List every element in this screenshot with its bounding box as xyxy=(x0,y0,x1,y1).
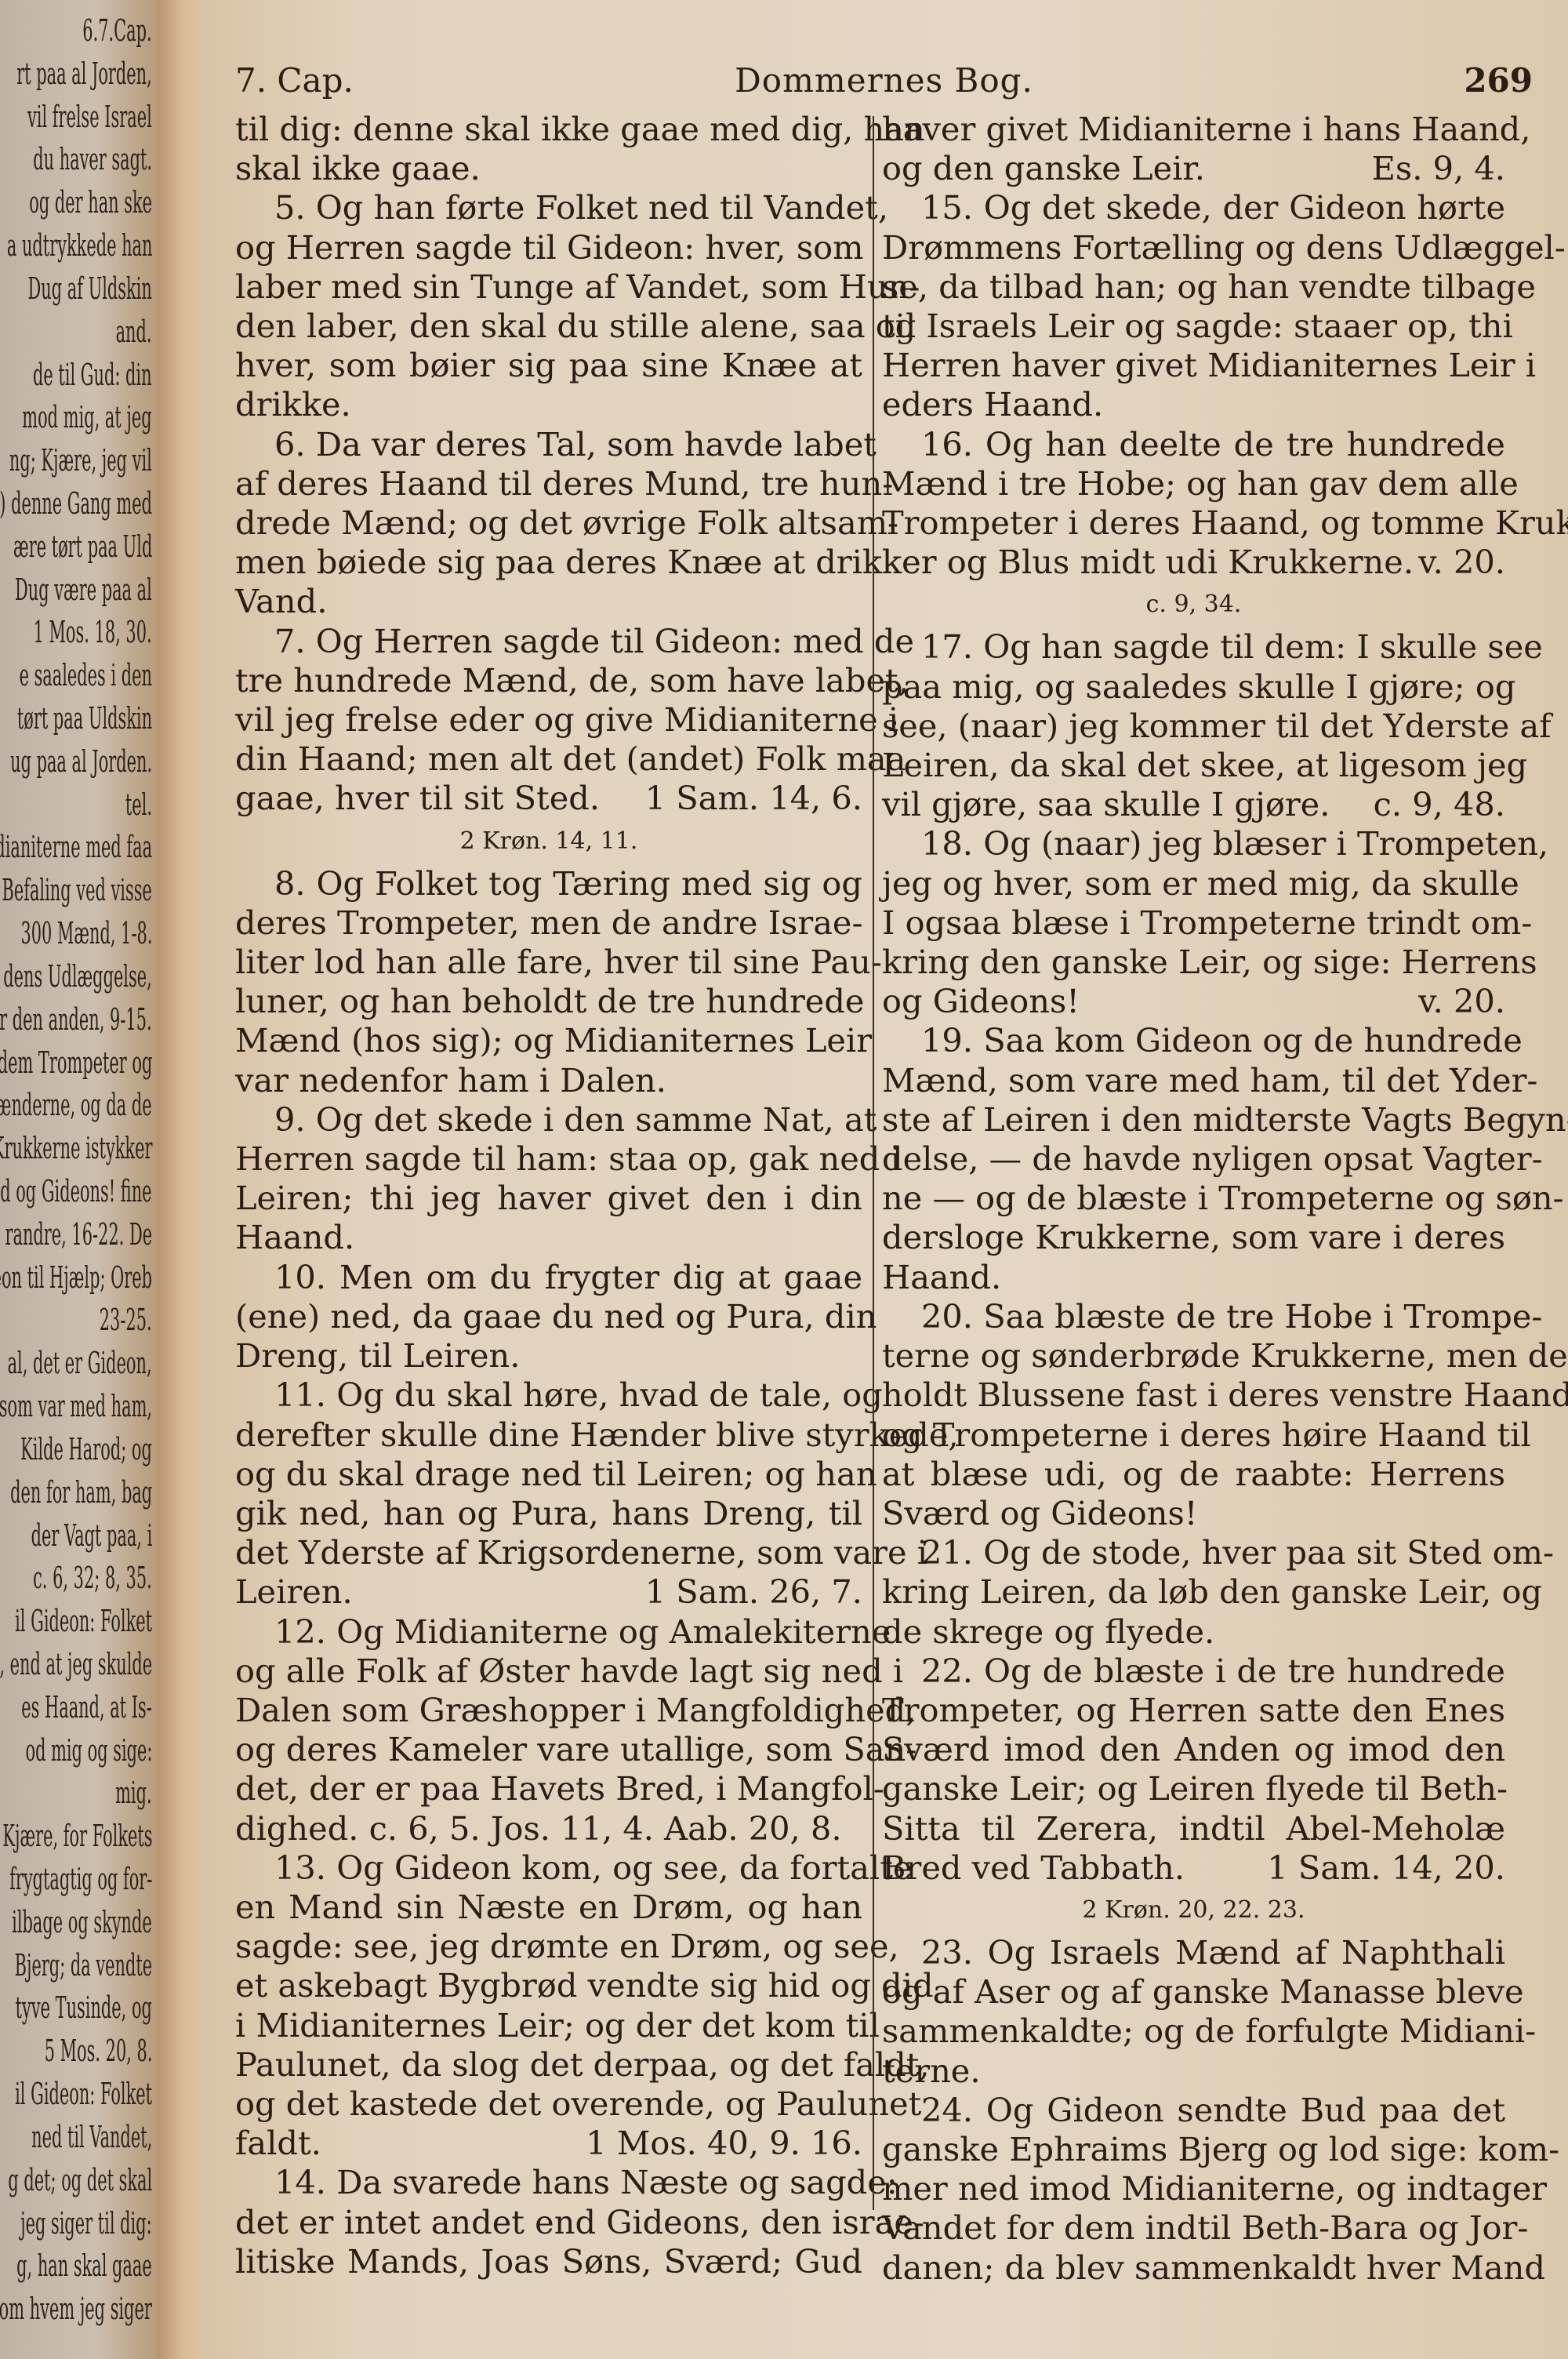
text-line: i Midianiternes Leir; og der det kom til xyxy=(235,2006,862,2045)
line-text: 24. Og Gideon sendte Bud paa det xyxy=(921,2091,1505,2129)
text-line: litiske Mands, Joas Søns, Sværd; Gud xyxy=(235,2242,862,2281)
text-line: Haand. xyxy=(882,1258,1505,1297)
line-text: Haand. xyxy=(882,1258,1001,1296)
line-text: de skrege og flyede. xyxy=(882,1612,1214,1651)
line-text: det er intet andet end Gideons, den isra… xyxy=(235,2203,924,2241)
line-text: vil jeg frelse eder og give Midianiterne… xyxy=(235,700,898,739)
scripture-reference: c. 9, 48. xyxy=(1374,785,1505,824)
previous-page-text-fragment: og dens Udlæggelse, xyxy=(0,961,152,991)
previous-page-text-fragment: tørt paa Uldskin xyxy=(17,703,152,733)
text-line: og den ganske Leir.Es. 9, 4. xyxy=(882,149,1505,188)
text-line: 10. Men om du frygter dig at gaae xyxy=(235,1258,862,1297)
previous-page-text-fragment: ned til Vandet, xyxy=(31,2122,152,2152)
line-text: ste af Leiren i den midterste Vagts Begy… xyxy=(882,1100,1568,1139)
line-text: dighed. c. 6, 5. Jos. 11, 4. Aab. 20, 8. xyxy=(235,1809,842,1848)
previous-page-text-fragment: g det; og det skal xyxy=(8,2165,152,2195)
scripture-reference: 1 Mos. 40, 9. 16. xyxy=(586,2124,862,2163)
line-text: 19. Saa kom Gideon og de hundrede xyxy=(921,1021,1523,1060)
scripture-reference: 1 Sam. 14, 20. xyxy=(1267,1848,1505,1888)
previous-page-text-fragment: e saaledes i den xyxy=(20,660,152,690)
text-line: gik ned, han og Pura, hans Dreng, til xyxy=(235,1494,862,1533)
text-line: 14. Da svarede hans Næste og sagde: xyxy=(235,2163,862,2202)
text-line: til Israels Leir og sagde: staaer op, th… xyxy=(882,307,1505,346)
line-text: Sværd imod den Anden og imod den xyxy=(882,1730,1505,1768)
text-line: Trompeter i deres Haand, og tomme Kruk- xyxy=(882,503,1505,543)
line-text: luner, og han beholdt de tre hundrede xyxy=(235,982,864,1020)
line-text: Leiren. xyxy=(235,1572,353,1611)
line-text: ganske Leir; og Leiren flyede til Beth- xyxy=(882,1769,1508,1808)
previous-page-text-fragment: deon til Hjælp; Oreb xyxy=(0,1263,152,1292)
text-line: mer ned imod Midianiterne, og indtager xyxy=(882,2169,1505,2208)
previous-page-text-fragment: rt paa al Jorden, xyxy=(16,59,152,89)
previous-page-text-fragment: om hvem jeg siger xyxy=(0,2294,152,2324)
text-line: vil jeg frelse eder og give Midianiterne… xyxy=(235,700,862,740)
text-line: 19. Saa kom Gideon og de hundrede xyxy=(882,1021,1505,1060)
line-text: og alle Folk af Øster havde lagt sig ned… xyxy=(235,1652,903,1690)
cross-reference: c. 9, 34. xyxy=(882,582,1505,627)
text-line: de skrege og flyede. xyxy=(882,1612,1505,1652)
line-text: Bred ved Tabbath. xyxy=(882,1848,1185,1887)
text-line: 11. Og du skal høre, hvad de tale, og xyxy=(235,1376,862,1415)
text-line: det, der er paa Havets Bred, i Mangfol- xyxy=(235,1769,862,1808)
line-text: derefter skulle dine Hænder blive styrke… xyxy=(235,1416,959,1454)
text-line: Dalen som Græshopper i Mangfoldighed, xyxy=(235,1691,862,1730)
line-text: af deres Haand til deres Mund, tre hun- xyxy=(235,464,893,503)
text-line: luner, og han beholdt de tre hundrede xyxy=(235,982,862,1021)
previous-page-text-fragment: Kilde Harod; og xyxy=(20,1434,152,1464)
previous-page-text-fragment: 6.7.Cap. xyxy=(83,16,152,45)
text-line: terne og sønderbrøde Krukkerne, men de xyxy=(882,1336,1505,1376)
text-line: (ene) ned, da gaae du ned og Pura, din xyxy=(235,1297,862,1336)
line-text: var nedenfor ham i Dalen. xyxy=(235,1061,666,1100)
line-text: det Yderste af Krigsordenerne, som vare … xyxy=(235,1533,927,1572)
line-text: og det kastede det overende, og Paulunet xyxy=(235,2085,921,2123)
line-text: til Israels Leir og sagde: staaer op, th… xyxy=(882,307,1513,345)
line-text: og Gideons! xyxy=(882,982,1080,1020)
previous-page-text-fragment: and. xyxy=(116,317,152,347)
line-text: kring Leiren, da løb den ganske Leir, og xyxy=(882,1572,1542,1611)
previous-page-text-fragment: vil frelse Israel xyxy=(27,102,152,132)
line-text: deres Trompeter, men de andre Israe- xyxy=(235,903,863,942)
line-text: gaae, hver til sit Sted. xyxy=(235,779,600,817)
running-head: 7. Cap. Dommernes Bog. 269 xyxy=(235,61,1533,108)
line-text: 14. Da svarede hans Næste og sagde: xyxy=(274,2163,898,2201)
text-line: derefter skulle dine Hænder blive styrke… xyxy=(235,1416,862,1455)
line-text: holdt Blussene fast i deres venstre Haan… xyxy=(882,1376,1568,1414)
text-line: at blæse udi, og de raabte: Herrens xyxy=(882,1455,1505,1494)
line-text: hver, som bøier sig paa sine Knæe at xyxy=(235,346,862,384)
text-line: den laber, den skal du stille alene, saa… xyxy=(235,307,862,346)
text-line: 20. Saa blæste de tre Hobe i Trompe- xyxy=(882,1297,1505,1336)
text-line: haver givet Midianiterne i hans Haand, xyxy=(882,110,1505,149)
line-text: et askebagt Bygbrød vendte sig hid og di… xyxy=(235,1966,934,2005)
line-text: 20. Saa blæste de tre Hobe i Trompe- xyxy=(921,1297,1542,1336)
text-line: 7. Og Herren sagde til Gideon: med de xyxy=(235,622,862,661)
previous-page-text-fragment: il Gideon: Folket xyxy=(15,2079,152,2109)
line-text: drede Mænd; og det øvrige Folk altsam- xyxy=(235,503,898,542)
line-text: 18. Og (naar) jeg blæser i Trompeten, xyxy=(921,824,1548,863)
previous-page-text-fragment: Kjære, for Folkets xyxy=(2,1821,152,1851)
line-text: laber med sin Tunge af Vandet, som Hun- xyxy=(235,267,920,306)
previous-page-text-fragment: a udtrykkede han xyxy=(6,231,152,260)
previous-page-text-fragment: der Vagt paa, i xyxy=(31,1521,152,1550)
text-line: Sværd imod den Anden og imod den xyxy=(882,1730,1505,1769)
text-line: Sitta til Zerera, indtil Abel-Meholæ xyxy=(882,1809,1505,1848)
line-text: (ene) ned, da gaae du ned og Pura, din xyxy=(235,1297,877,1336)
text-line: liter lod han alle fare, hver til sine P… xyxy=(235,943,862,982)
line-text: Haand. xyxy=(235,1218,354,1256)
previous-page-edge: 6.7.Cap.rt paa al Jorden,vil frelse Isra… xyxy=(0,0,157,2359)
previous-page-text-fragment: den for ham, bag xyxy=(10,1478,152,1507)
line-text: 12. Og Midianiterne og Amalekiterne xyxy=(274,1612,891,1651)
line-text: i Midianiternes Leir; og der det kom til xyxy=(235,2006,880,2045)
previous-page-text-fragment: du haver sagt. xyxy=(33,144,152,174)
line-text: og deres Kameler vare utallige, som San- xyxy=(235,1730,916,1768)
previous-page-text-fragment: dem Trompeter og xyxy=(0,1048,152,1078)
line-text: og Herren sagde til Gideon: hver, som xyxy=(235,228,863,267)
line-text: sammenkaldte; og de forfulgte Midiani- xyxy=(882,2012,1536,2050)
line-text: til dig: denne skal ikke gaae med dig, h… xyxy=(235,110,925,148)
text-line: I ogsaa blæse i Trompeterne trindt om- xyxy=(882,903,1505,943)
text-line: din Haand; men alt det (andet) Folk maa xyxy=(235,740,862,779)
text-line: 22. Og de blæste i de tre hundrede xyxy=(882,1652,1505,1691)
previous-page-text-fragment: jeg siger til dig: xyxy=(20,2208,152,2238)
text-line: var nedenfor ham i Dalen. xyxy=(235,1061,862,1100)
text-line: ganske Leir; og Leiren flyede til Beth- xyxy=(882,1769,1505,1808)
line-text: mer ned imod Midianiterne, og indtager xyxy=(882,2169,1547,2208)
text-line: Leiren, da skal det skee, at ligesom jeg xyxy=(882,746,1505,785)
previous-page-text-fragment: 1 Mos. 18, 30. xyxy=(34,617,152,647)
text-line: 6. Da var deres Tal, som havde labet xyxy=(235,425,862,464)
line-text: ne — og de blæste i Trompeterne og søn- xyxy=(882,1179,1564,1217)
line-text: og den ganske Leir. xyxy=(882,149,1205,187)
text-line: ne — og de blæste i Trompeterne og søn- xyxy=(882,1179,1505,1218)
line-text: drikke. xyxy=(235,385,351,423)
text-line: 9. Og det skede i den samme Nat, at xyxy=(235,1100,862,1140)
line-text: Leiren; thi jeg haver givet den i din xyxy=(235,1179,862,1217)
previous-page-text-fragment: og der han ske xyxy=(29,187,152,217)
previous-page-text-fragment: mod mig, at jeg xyxy=(23,402,152,432)
line-text: og du skal drage ned til Leiren; og han xyxy=(235,1455,877,1493)
previous-page-text-fragment: ) denne Gang med xyxy=(0,489,152,518)
scripture-reference: v. 20. xyxy=(1418,982,1505,1021)
text-line: see, (naar) jeg kommer til det Yderste a… xyxy=(882,707,1505,746)
previous-page-text-fragment: ære tørt paa Uld xyxy=(13,532,152,562)
text-line: 13. Og Gideon kom, og see, da fortalte xyxy=(235,1848,862,1888)
text-line: Mænd i tre Hobe; og han gav dem alle xyxy=(882,464,1505,503)
previous-page-text-fragment: d og Gideons! fine xyxy=(1,1176,152,1206)
text-line: og du skal drage ned til Leiren; og han xyxy=(235,1455,862,1494)
line-text: gik ned, han og Pura, hans Dreng, til xyxy=(235,1494,862,1532)
line-text: danen; da blev sammenkaldt hver Mand xyxy=(882,2248,1545,2287)
previous-page-text-fragment: ng; Kjære, jeg vil xyxy=(9,445,152,475)
text-line: tre hundrede Mænd, de, som have labet, xyxy=(235,661,862,700)
line-text: jeg og hver, som er med mig, da skulle xyxy=(882,864,1519,903)
previous-page-text-fragment: tel. xyxy=(125,790,152,820)
text-line: ste af Leiren i den midterste Vagts Begy… xyxy=(882,1100,1505,1140)
text-line: hver, som bøier sig paa sine Knæe at xyxy=(235,346,862,385)
previous-page-text-fragment: ug paa al Jorden. xyxy=(10,747,152,776)
text-line: og af Aser og af ganske Manasse bleve xyxy=(882,1972,1505,2012)
line-text: og af Aser og af ganske Manasse bleve xyxy=(882,1972,1524,2011)
previous-page-text-fragment: Befaling ved visse xyxy=(2,875,152,905)
text-line: 16. Og han deelte de tre hundrede xyxy=(882,425,1505,464)
text-line: deres Trompeter, men de andre Israe- xyxy=(235,903,862,943)
text-line: 23. Og Israels Mænd af Naphthali xyxy=(882,1933,1505,1972)
scripture-reference: 1 Sam. 14, 6. xyxy=(645,779,862,818)
previous-page-text-fragment: od mig og sige: xyxy=(25,1736,152,1765)
text-line: se, da tilbad han; og han vendte tilbage xyxy=(882,267,1505,307)
text-line: drikke. xyxy=(235,385,862,424)
previous-page-text-fragment: 5 Mos. 20, 8. xyxy=(44,2036,152,2066)
line-text: at blæse udi, og de raabte: Herrens xyxy=(882,1455,1505,1493)
line-text: kring den ganske Leir, og sige: Herrens xyxy=(882,943,1537,981)
text-line: kring den ganske Leir, og sige: Herrens xyxy=(882,943,1505,982)
line-text: 11. Og du skal høre, hvad de tale, og xyxy=(274,1376,883,1414)
text-line: Drømmens Fortælling og dens Udlæggel- xyxy=(882,228,1505,267)
text-line: det Yderste af Krigsordenerne, som vare … xyxy=(235,1533,862,1572)
scripture-reference: v. 20. xyxy=(1418,543,1505,582)
line-text: 23. Og Israels Mænd af Naphthali xyxy=(921,1933,1505,1972)
text-line: Vand. xyxy=(235,582,862,621)
text-line: og deres Kameler vare utallige, som San- xyxy=(235,1730,862,1769)
book-gutter xyxy=(157,0,204,2359)
text-line: delse, — de havde nyligen opsat Vagter- xyxy=(882,1140,1505,1179)
text-line: dersloge Krukkerne, som vare i deres xyxy=(882,1218,1505,1257)
line-text: 22. Og de blæste i de tre hundrede xyxy=(921,1652,1505,1690)
previous-page-text-fragment: c. 6, 32; 8, 35. xyxy=(33,1563,152,1593)
text-line: men bøiede sig paa deres Knæe at drikke xyxy=(235,543,862,582)
text-line: Dreng, til Leiren. xyxy=(235,1336,862,1376)
text-line: sammenkaldte; og de forfulgte Midiani- xyxy=(882,2012,1505,2051)
page-number: 269 xyxy=(1464,61,1533,100)
line-text: 5. Og han førte Folket ned til Vandet, xyxy=(274,188,888,227)
previous-page-text-fragment: , end at jeg skulde xyxy=(0,1649,152,1679)
previous-page-text-fragment: al, det er Gideon, xyxy=(8,1348,152,1378)
text-line: faldt.1 Mos. 40, 9. 16. xyxy=(235,2124,862,2163)
line-text: dersloge Krukkerne, som vare i deres xyxy=(882,1218,1505,1256)
line-text: den laber, den skal du stille alene, saa… xyxy=(235,307,916,345)
cross-reference: 2 Krøn. 14, 11. xyxy=(235,819,862,864)
previous-page-text-fragment: e Krukkerne istykker xyxy=(0,1133,152,1163)
text-line: Leiren.1 Sam. 26, 7. xyxy=(235,1572,862,1612)
text-line: terne. xyxy=(882,2052,1505,2091)
text-line: og alle Folk af Øster havde lagt sig ned… xyxy=(235,1652,862,1691)
previous-page-text-fragment: Midianiterne med faa xyxy=(0,832,152,862)
line-text: Trompeter i deres Haand, og tomme Kruk- xyxy=(882,503,1568,542)
line-text: din Haand; men alt det (andet) Folk maa xyxy=(235,740,906,778)
line-text: vil gjøre, saa skulle I gjøre. xyxy=(882,785,1330,823)
left-column: til dig: denne skal ikke gaae med dig, h… xyxy=(235,110,862,2281)
line-text: Sværd og Gideons! xyxy=(882,1494,1197,1532)
line-text: 15. Og det skede, der Gideon hørte xyxy=(921,188,1505,227)
previous-page-text-fragment: g, han skal gaae xyxy=(16,2251,152,2281)
text-line: 15. Og det skede, der Gideon hørte xyxy=(882,188,1505,227)
line-text: faldt. xyxy=(235,2124,321,2162)
line-text: skal ikke gaae. xyxy=(235,149,481,187)
text-line: Vandet for dem indtil Beth-Bara og Jor- xyxy=(882,2208,1505,2248)
book-page: 7. Cap. Dommernes Bog. 269 til dig: denn… xyxy=(200,0,1568,2359)
line-text: Sitta til Zerera, indtil Abel-Meholæ xyxy=(882,1809,1505,1848)
line-text: litiske Mands, Joas Søns, Sværd; Gud xyxy=(235,2242,862,2281)
text-line: 8. Og Folket tog Tæring med sig og xyxy=(235,864,862,903)
line-text: Vandet for dem indtil Beth-Bara og Jor- xyxy=(882,2208,1528,2247)
line-text: 13. Og Gideon kom, og see, da fortalte xyxy=(274,1848,912,1887)
text-line: Leiren; thi jeg haver givet den i din xyxy=(235,1179,862,1218)
text-line: det er intet andet end Gideons, den isra… xyxy=(235,2203,862,2242)
text-line: 18. Og (naar) jeg blæser i Trompeten, xyxy=(882,824,1505,863)
line-text: delse, — de havde nyligen opsat Vagter- xyxy=(882,1140,1543,1178)
text-line: jeg og hver, som er med mig, da skulle xyxy=(882,864,1505,903)
previous-page-text-fragment: Dug være paa al xyxy=(15,575,152,605)
line-text: og Trompeterne i deres høire Haand til xyxy=(882,1416,1531,1454)
previous-page-text-fragment: mig. xyxy=(115,1778,152,1808)
cross-reference: 2 Krøn. 20, 22. 23. xyxy=(882,1888,1505,1933)
previous-page-text-fragment: de til Gud: din xyxy=(33,360,152,390)
text-line: og det kastede det overende, og Paulunet xyxy=(235,2085,862,2124)
previous-page-text-fragment: Bjerg; da vendte xyxy=(14,1950,152,1980)
text-line: Trompeter, og Herren satte den Enes xyxy=(882,1691,1505,1730)
column-divider xyxy=(873,116,874,2210)
text-line: Mænd (hos sig); og Midianiternes Leir xyxy=(235,1021,862,1060)
text-line: af deres Haand til deres Mund, tre hun- xyxy=(235,464,862,503)
previous-page-text-fragment: ilbage og skynde xyxy=(12,1907,152,1937)
text-line: holdt Blussene fast i deres venstre Haan… xyxy=(882,1376,1505,1415)
text-line: paa mig, og saaledes skulle I gjøre; og xyxy=(882,667,1505,707)
book-title: Dommernes Bog. xyxy=(235,61,1533,100)
text-line: ker og Blus midt udi Krukkerne.v. 20. xyxy=(882,543,1505,582)
text-line: et askebagt Bygbrød vendte sig hid og di… xyxy=(235,1966,862,2005)
text-line: laber med sin Tunge af Vandet, som Hun- xyxy=(235,267,862,307)
text-line: Sværd og Gideons! xyxy=(882,1494,1505,1533)
line-text: 10. Men om du frygter dig at gaae xyxy=(274,1258,862,1296)
previous-page-text-fragment: Hænderne, og da de xyxy=(0,1090,152,1120)
right-column: haver givet Midianiterne i hans Haand,og… xyxy=(882,110,1505,2288)
line-text: 7. Og Herren sagde til Gideon: med de xyxy=(274,622,914,660)
text-line: Paulunet, da slog det derpaa, og det fal… xyxy=(235,2045,862,2085)
line-text: Trompeter, og Herren satte den Enes xyxy=(882,1691,1505,1729)
line-text: 16. Og han deelte de tre hundrede xyxy=(921,425,1505,463)
text-line: Mænd, som vare med ham, til det Yder- xyxy=(882,1061,1505,1100)
text-line: 5. Og han førte Folket ned til Vandet, xyxy=(235,188,862,227)
line-text: Dalen som Græshopper i Mangfoldighed, xyxy=(235,1691,916,1729)
text-line: en Mand sin Næste en Drøm, og han xyxy=(235,1888,862,1927)
text-line: danen; da blev sammenkaldt hver Mand xyxy=(882,2248,1505,2288)
previous-page-text-fragment: il Gideon: Folket xyxy=(15,1606,152,1636)
line-text: 17. Og han sagde til dem: I skulle see xyxy=(921,627,1543,666)
line-text: 21. Og de stode, hver paa sit Sted om- xyxy=(921,1533,1554,1572)
previous-page-text-fragment: Dug af Uldskin xyxy=(28,274,152,304)
text-line: 21. Og de stode, hver paa sit Sted om- xyxy=(882,1533,1505,1572)
text-line: til dig: denne skal ikke gaae med dig, h… xyxy=(235,110,862,149)
line-text: paa mig, og saaledes skulle I gjøre; og xyxy=(882,667,1515,706)
line-text: Mænd (hos sig); og Midianiternes Leir xyxy=(235,1021,872,1060)
line-text: terne. xyxy=(882,2052,981,2090)
line-text: men bøiede sig paa deres Knæe at drikke xyxy=(235,543,921,581)
previous-page-text-fragment: 23-25. xyxy=(100,1305,152,1335)
text-line: eders Haand. xyxy=(882,385,1505,424)
line-text: Herren sagde til ham: staa op, gak ned i xyxy=(235,1140,901,1178)
text-line: 24. Og Gideon sendte Bud paa det xyxy=(882,2091,1505,2130)
line-text: 6. Da var deres Tal, som havde labet xyxy=(274,425,877,463)
text-line: ganske Ephraims Bjerg og lod sige: kom- xyxy=(882,2130,1505,2169)
line-text: terne og sønderbrøde Krukkerne, men de xyxy=(882,1336,1568,1375)
text-line: og Herren sagde til Gideon: hver, som xyxy=(235,228,862,267)
text-line: og Gideons!v. 20. xyxy=(882,982,1505,1021)
line-text: en Mand sin Næste en Drøm, og han xyxy=(235,1888,862,1926)
text-line: Bred ved Tabbath.1 Sam. 14, 20. xyxy=(882,1848,1505,1888)
text-line: 12. Og Midianiterne og Amalekiterne xyxy=(235,1612,862,1652)
text-line: dighed. c. 6, 5. Jos. 11, 4. Aab. 20, 8. xyxy=(235,1809,862,1848)
previous-page-text-fragment: som var med ham, xyxy=(0,1391,152,1421)
text-line: gaae, hver til sit Sted.1 Sam. 14, 6. xyxy=(235,779,862,818)
line-text: 8. Og Folket tog Tæring med sig og xyxy=(274,864,862,903)
line-text: se, da tilbad han; og han vendte tilbage xyxy=(882,267,1536,306)
line-text: Mænd i tre Hobe; og han gav dem alle xyxy=(882,464,1519,503)
text-line: og Trompeterne i deres høire Haand til xyxy=(882,1416,1505,1455)
line-text: Paulunet, da slog det derpaa, og det fal… xyxy=(235,2045,930,2084)
previous-page-text-fragment: r den anden, 9-15. xyxy=(0,1005,152,1034)
line-text: Dreng, til Leiren. xyxy=(235,1336,520,1375)
text-line: 17. Og han sagde til dem: I skulle see xyxy=(882,627,1505,667)
line-text: Mænd, som vare med ham, til det Yder- xyxy=(882,1061,1537,1100)
line-text: see, (naar) jeg kommer til det Yderste a… xyxy=(882,707,1552,745)
previous-page-text-fragment: es Haand, at Is- xyxy=(21,1692,152,1722)
line-text: haver givet Midianiterne i hans Haand, xyxy=(882,110,1530,148)
text-line: vil gjøre, saa skulle I gjøre.c. 9, 48. xyxy=(882,785,1505,824)
previous-page-text-fragment: 300 Mænd, 1-8. xyxy=(20,918,152,948)
line-text: eders Haand. xyxy=(882,385,1103,423)
line-text: Vand. xyxy=(235,582,327,620)
text-line: skal ikke gaae. xyxy=(235,149,862,188)
line-text: Leiren, da skal det skee, at ligesom jeg xyxy=(882,746,1527,784)
scripture-reference: Es. 9, 4. xyxy=(1372,149,1505,188)
line-text: 9. Og det skede i den samme Nat, at xyxy=(274,1100,877,1139)
text-line: Herren sagde til ham: staa op, gak ned i xyxy=(235,1140,862,1179)
line-text: ganske Ephraims Bjerg og lod sige: kom- xyxy=(882,2130,1559,2168)
line-text: sagde: see, jeg drømte en Drøm, og see, xyxy=(235,1927,899,1965)
line-text: Drømmens Fortælling og dens Udlæggel- xyxy=(882,228,1566,267)
text-line: kring Leiren, da løb den ganske Leir, og xyxy=(882,1572,1505,1612)
previous-page-text-fragment: frygtagtig og for- xyxy=(9,1864,152,1894)
line-text: det, der er paa Havets Bred, i Mangfol- xyxy=(235,1769,884,1808)
text-line: sagde: see, jeg drømte en Drøm, og see, xyxy=(235,1927,862,1966)
scripture-reference: 1 Sam. 26, 7. xyxy=(645,1572,862,1612)
text-line: Herren haver givet Midianiternes Leir i xyxy=(882,346,1505,385)
line-text: liter lod han alle fare, hver til sine P… xyxy=(235,943,882,981)
line-text: Herren haver givet Midianiternes Leir i xyxy=(882,346,1536,384)
previous-page-text-fragment: tyve Tusinde, og xyxy=(16,1993,152,2023)
text-line: Haand. xyxy=(235,1218,862,1257)
line-text: tre hundrede Mænd, de, som have labet, xyxy=(235,661,909,700)
text-line: drede Mænd; og det øvrige Folk altsam- xyxy=(235,503,862,543)
line-text: ker og Blus midt udi Krukkerne. xyxy=(882,543,1414,581)
previous-page-text-fragment: randre, 16-22. De xyxy=(5,1219,152,1249)
line-text: I ogsaa blæse i Trompeterne trindt om- xyxy=(882,903,1532,942)
